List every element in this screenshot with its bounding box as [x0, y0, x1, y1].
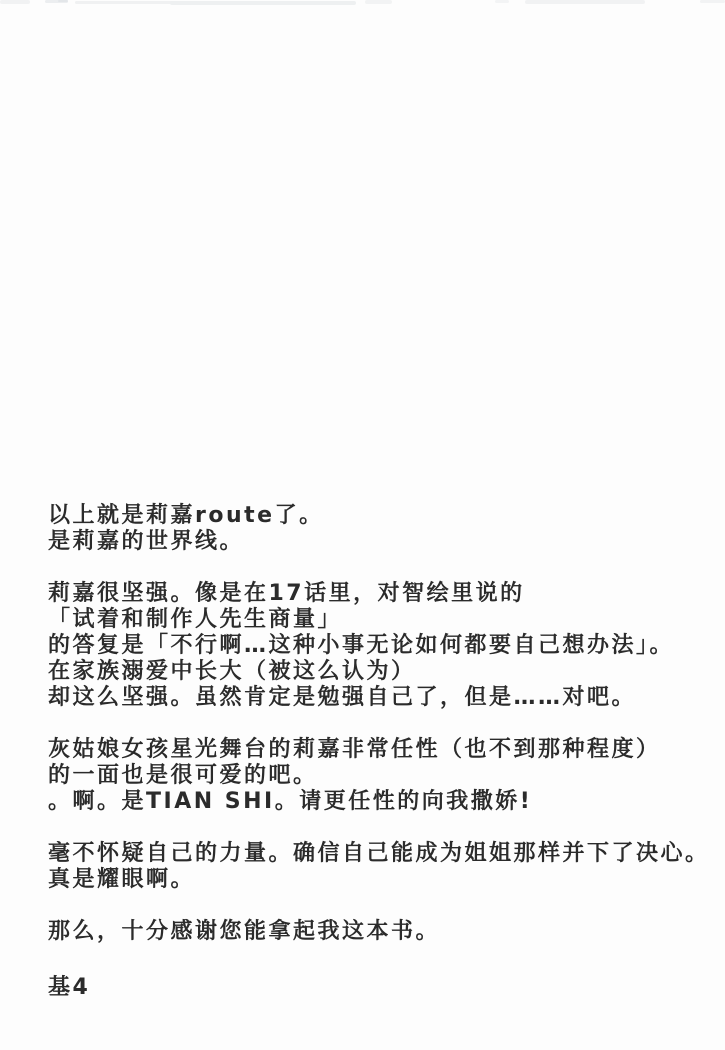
text-line: 的答复是「不行啊…这种小事无论如何都要自己想办法」。 [48, 633, 713, 659]
text-line: 莉嘉很坚强。像是在17话里，对智绘里说的 [48, 581, 713, 607]
text-line: 却这么坚强。虽然肯定是勉强自己了，但是……对吧。 [48, 685, 713, 711]
paragraph-route-summary: 以上就是莉嘉route了。 是莉嘉的世界线。 [48, 503, 713, 555]
text-line: 在家族溺爱中长大（被这么认为） [48, 659, 713, 685]
text-line: 灰姑娘女孩星光舞台的莉嘉非常任性（也不到那种程度） [48, 737, 713, 763]
paragraph-starlight-stage: 灰姑娘女孩星光舞台的莉嘉非常任性（也不到那种程度） 的一面也是很可爱的吧。 。啊… [48, 737, 713, 815]
text-line: 那么，十分感谢您能拿起我这本书。 [48, 919, 713, 945]
paragraph-thanks: 那么，十分感谢您能拿起我这本书。 [48, 919, 713, 945]
text-line: 。啊。是TIAN SHI。请更任性的向我撒娇! [48, 789, 713, 815]
text-line: 以上就是莉嘉route了。 [48, 503, 713, 529]
text-line: 「试着和制作人先生商量」 [48, 607, 713, 633]
paragraph-determination: 毫不怀疑自己的力量。确信自己能成为姐姐那样并下了决心。 真是耀眼啊。 [48, 841, 713, 893]
paragraph-rika-strength: 莉嘉很坚强。像是在17话里，对智绘里说的 「试着和制作人先生商量」 的答复是「不… [48, 581, 713, 711]
author-signature: 基4 [48, 975, 713, 1001]
text-line: 是莉嘉的世界线。 [48, 529, 713, 555]
afterword-text-block: 以上就是莉嘉route了。 是莉嘉的世界线。 莉嘉很坚强。像是在17话里，对智绘… [48, 503, 713, 1001]
text-line: 毫不怀疑自己的力量。确信自己能成为姐姐那样并下了决心。 [48, 841, 713, 867]
text-line: 真是耀眼啊。 [48, 867, 713, 893]
text-line: 的一面也是很可爱的吧。 [48, 763, 713, 789]
scanned-page: 以上就是莉嘉route了。 是莉嘉的世界线。 莉嘉很坚强。像是在17话里，对智绘… [0, 0, 725, 1050]
